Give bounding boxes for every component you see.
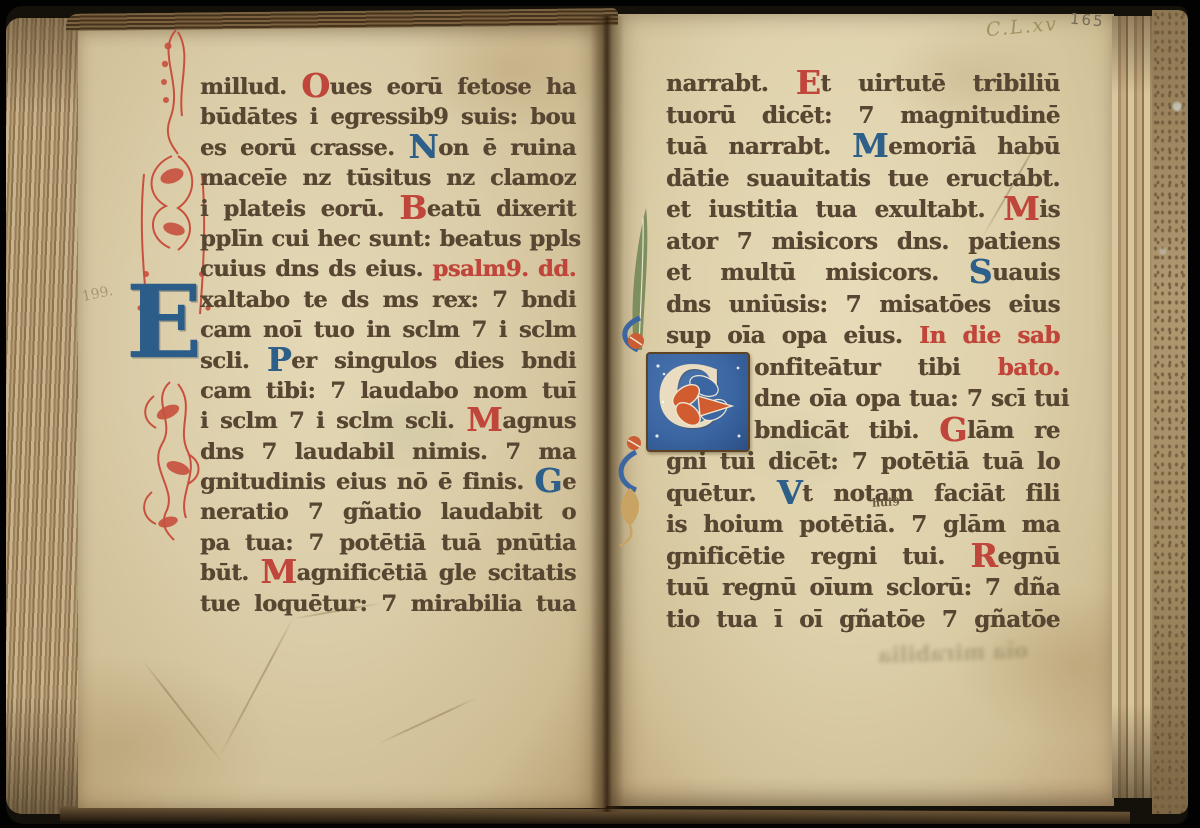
body-text: dns uniūsis: 7 misatōes eius [666,291,1060,318]
body-text: dne oīa opa tua: 7 scī tui [754,385,1069,412]
body-text: maceīe nz tūsitus nz clamoz [200,165,576,191]
body-text: gni tui dicēt: 7 potētiā tuā lo [666,448,1060,475]
body-text: onfiteātur tibi [754,354,997,381]
body-text: tuā narrabt. [666,133,852,160]
text-line: is hoium potētiā. 7 glām ma [666,511,1060,543]
worn-cover-edge [1152,10,1188,814]
text-line: es eorū crasse. Non ē ruina [200,135,576,165]
blue-versal-initial: N [408,127,438,166]
blue-versal-initial-E: E [126,272,202,372]
body-text: e [562,469,576,495]
text-line: tuā narrabt. Memoriā habū [666,133,1060,165]
left-page-text-column: millud. Oues eorū fetose habūdātes i egr… [200,74,576,621]
body-text: es eorū crasse. [200,135,408,161]
body-text: i sclm 7 i sclm scli. [200,408,466,434]
body-text: ator 7 misicors dns. patiens [666,228,1060,255]
text-line: gnitudinis eius nō ē finis. Ge [200,469,576,499]
body-text: xaltabo te ds ms rex: 7 bndi [200,287,576,313]
body-text: lām re [967,417,1060,444]
body-text: i plateis eorū. [200,196,399,222]
blue-versal-initial: M [852,126,888,165]
illuminated-initial-C-block: C [646,352,750,452]
body-text: agnus [502,408,576,434]
body-text: dns 7 laudabil nimis. 7 ma [200,439,576,465]
text-line: tio tua ī oī gñatōe 7 gñatōe [666,606,1060,638]
text-line: ator 7 misicors dns. patiens [666,228,1060,260]
body-text: tio tua ī oī gñatōe 7 gñatōe [666,606,1060,633]
red-versal-initial: E [796,63,821,102]
body-text: er singulos dies bndi [291,348,576,374]
body-text: tuorū dicēt: 7 magnitudinē [666,102,1060,129]
body-text: pa tua: 7 potētiā tuā pnūtia [200,530,576,556]
body-text: būdātes i egressib9 suis: bou [200,104,576,130]
body-text: t notam faciāt fili [802,480,1060,507]
body-text: is hoium potētiā. 7 glām ma [666,511,1060,538]
text-line: tuū regnū oīum sclorū: 7 dña [666,574,1060,606]
blue-versal-initial: G [534,461,562,500]
rubric-text: bato. [997,354,1060,381]
body-text: t uirtutē tribiliū [820,70,1060,97]
text-line: scli. Per singulos dies bndi [200,348,576,378]
text-line: pplīn cui hec sunt: beatus ppls [200,226,576,256]
rubric-text: In die sab [919,322,1060,349]
body-text: bndicāt tibi. [754,417,939,444]
red-versal-initial: B [399,188,427,227]
text-line: pa tua: 7 potētiā tuā pnūtia [200,530,576,560]
body-text: agnificētiā gle scitatis [296,560,576,586]
blue-versal-initial: V [777,473,802,512]
text-line: cuius dns ds eius. psalm9. dd. [200,256,576,286]
body-text: uauis [992,259,1060,286]
red-versal-initial: R [970,536,997,575]
red-versal-initial: M [260,552,296,591]
text-line: gni tui dicēt: 7 potētiā tuā lo [666,448,1060,480]
body-text: būt. [200,560,260,586]
text-line: tue loquētur: 7 mirabilia tua [200,591,576,621]
body-text: neratio 7 gñatio laudabit o [200,499,576,525]
text-line: būt. Magnificētiā gle scitatis [200,560,576,590]
text-line: i plateis eorū. Beatū dixerit [200,196,576,226]
body-text: scli. [200,348,267,374]
body-text: et multū misicors. [666,259,969,286]
text-line: būdātes i egressib9 suis: bou [200,104,576,134]
initial-c-foliate-infill [648,354,748,450]
red-versal-initial: M [1003,189,1039,228]
body-text: eatū dixerit [427,196,576,222]
text-line: cam noī tuo in sclm 7 i sclm [200,317,576,347]
red-versal-initial: O [301,66,329,105]
text-line: et iustitia tua exultabt. Mis [666,196,1060,228]
blue-versal-initial: P [267,340,291,379]
text-line: millud. Oues eorū fetose ha [200,74,576,104]
text-line: dns uniūsis: 7 misatōes eius [666,291,1060,323]
body-text: egnū [997,543,1060,570]
body-text: cam tibi: 7 laudabo nom tuī [200,378,576,404]
rubric-text: psalm9. dd. [432,256,576,282]
text-line: dns 7 laudabil nimis. 7 ma [200,439,576,469]
pencil-folio-number: 165 [1069,10,1105,31]
body-text: tuū regnū oīum sclorū: 7 dña [666,574,1060,601]
body-text: et iustitia tua exultabt. [666,196,1003,223]
body-text: narrabt. [666,70,796,97]
body-text: tue loquētur: 7 mirabilia tua [200,591,576,617]
text-line: narrabt. Et uirtutē tribiliū [666,70,1060,102]
body-text: sup oīa opa eius. [666,322,919,349]
body-text: cam noī tuo in sclm 7 i sclm [200,317,576,343]
red-versal-initial: M [466,400,502,439]
body-text: quētur. [666,480,777,507]
text-line: neratio 7 gñatio laudabit o [200,499,576,529]
text-line: dātie suauitatis tue eructabt. [666,165,1060,197]
body-text: pplīn cui hec sunt: beatus ppls [200,226,580,252]
body-text: emoriā habū [888,133,1060,160]
left-fore-edge-page-stack [6,18,80,814]
blue-versal-initial: S [969,252,992,291]
text-line: gnificētie regni tui. Regnū [666,543,1060,575]
text-line: et multū misicors. Suauis [666,259,1060,291]
body-text: dātie suauitatis tue eructabt. [666,165,1060,192]
red-versal-initial: G [939,410,967,449]
text-line: i sclm 7 i sclm scli. Magnus [200,408,576,438]
body-text: gnitudinis eius nō ē finis. [200,469,534,495]
body-text: is [1039,196,1060,223]
text-line: xaltabo te ds ms rex: 7 bndi [200,287,576,317]
text-line: cam tibi: 7 laudabo nom tuī [200,378,576,408]
interlinear-gloss: hui9 [872,495,900,509]
body-text: millud. [200,74,301,100]
text-line: sup oīa opa eius. In die sab [666,322,1060,354]
body-text: ues eorū fetose ha [330,74,576,100]
manuscript-photo: E C [0,0,1200,828]
body-text: cuius dns ds eius. [200,256,432,282]
text-line: maceīe nz tūsitus nz clamoz [200,165,576,195]
text-line: quētur. Vt notam faciāt fili [666,480,1060,512]
body-text: on ē ruina [438,135,576,161]
right-page-edges [1112,16,1154,798]
body-text: gnificētie regni tui. [666,543,970,570]
